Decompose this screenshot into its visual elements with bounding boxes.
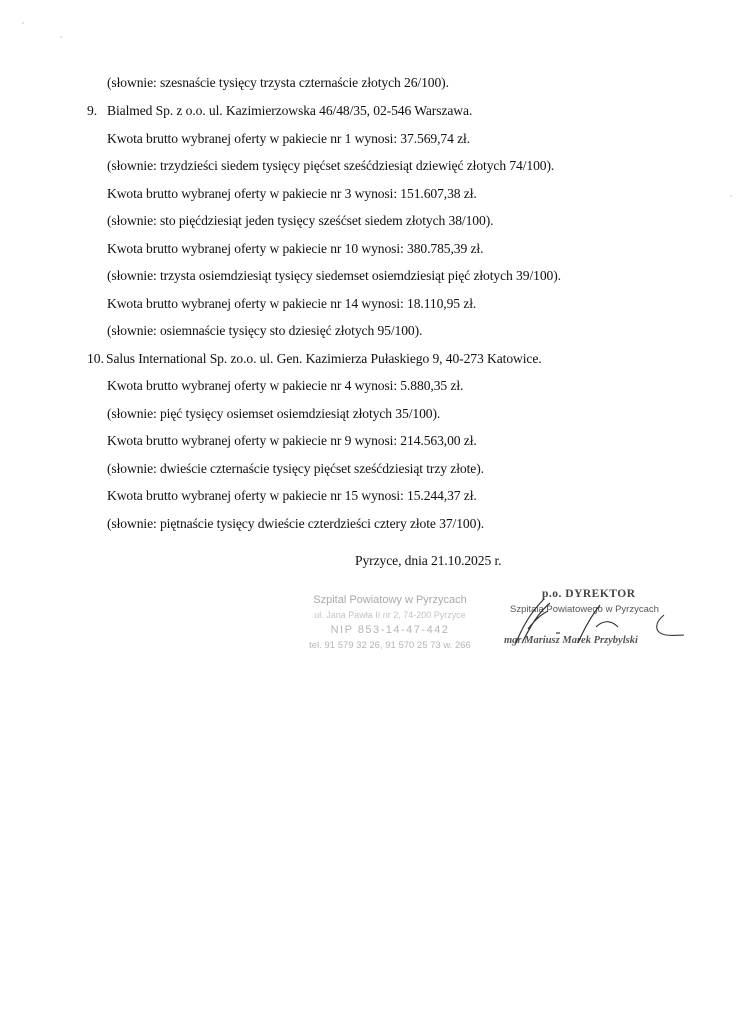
offer-amount-line: Kwota brutto wybranej oferty w pakiecie … xyxy=(107,131,470,147)
stamp-address: ul. Jana Pawła II nr 2, 74-200 Pyrzyce xyxy=(300,608,480,623)
offer-amount-line: Kwota brutto wybranej oferty w pakiecie … xyxy=(107,296,476,312)
offer-amount-line: Kwota brutto wybranej oferty w pakiecie … xyxy=(107,241,483,257)
stamp-name: Szpital Powiatowy w Pyrzycach xyxy=(300,593,480,608)
offer-words-line: (słownie: sto pięćdziesiąt jeden tysięcy… xyxy=(107,213,493,229)
offer-amount-line: Kwota brutto wybranej oferty w pakiecie … xyxy=(107,186,477,202)
offer-amount-line: Kwota brutto wybranej oferty w pakiecie … xyxy=(107,378,463,394)
offer-words-line: (słownie: pięć tysięcy osiemset osiemdzi… xyxy=(107,406,440,422)
continuation-line: (słownie: szesnaście tysięcy trzysta czt… xyxy=(107,75,449,91)
offer-words-line: (słownie: trzysta osiemdziesiąt tysięcy … xyxy=(107,268,561,284)
entry-company: Bialmed Sp. z o.o. ul. Kazimierzowska 46… xyxy=(107,103,472,119)
entry-number: 10. xyxy=(87,351,104,367)
offer-amount-line: Kwota brutto wybranej oferty w pakiecie … xyxy=(107,433,477,449)
offer-words-line: (słownie: trzydzieści siedem tysięcy pię… xyxy=(107,158,554,174)
place-date: Pyrzyce, dnia 21.10.2025 r. xyxy=(355,553,501,569)
hospital-stamp: Szpital Powiatowy w Pyrzycach ul. Jana P… xyxy=(300,593,480,653)
entry-company: Salus International Sp. zo.o. ul. Gen. K… xyxy=(106,351,542,367)
entry-number: 9. xyxy=(87,103,97,119)
stamp-phone: tel. 91 579 32 26, 91 570 25 73 w. 266 xyxy=(300,638,480,653)
director-signature-block: p.o. DYREKTOR Szpitala Powiatowego w Pyr… xyxy=(478,585,688,665)
scan-speck xyxy=(730,195,732,197)
scan-speck xyxy=(22,22,24,24)
offer-words-line: (słownie: piętnaście tysięcy dwieście cz… xyxy=(107,516,484,532)
scan-speck xyxy=(60,36,62,38)
handwritten-signature-icon xyxy=(478,585,688,665)
offer-words-line: (słownie: osiemnaście tysięcy sto dziesi… xyxy=(107,323,422,339)
stamp-nip: NIP 853-14-47-442 xyxy=(300,623,480,638)
offer-amount-line: Kwota brutto wybranej oferty w pakiecie … xyxy=(107,488,477,504)
offer-words-line: (słownie: dwieście czternaście tysięcy p… xyxy=(107,461,484,477)
